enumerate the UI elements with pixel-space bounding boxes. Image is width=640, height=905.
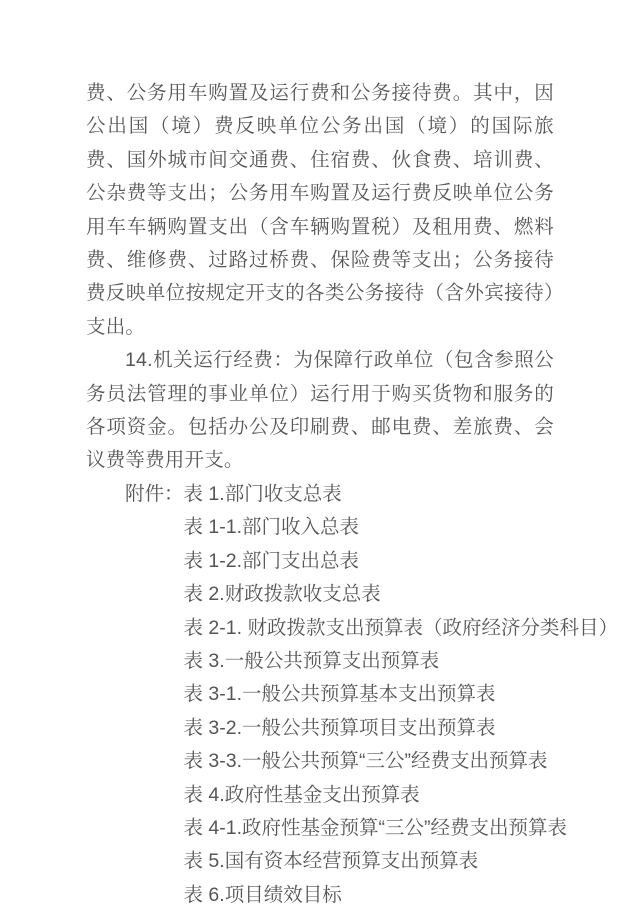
attachment-item-table-4: 表 4.政府性基金支出预算表 (184, 779, 618, 812)
body-paragraph-operating-funds: 14.机关运行经费：为保障行政单位（包含参照公务员法管理的事业单位）运行用于购买… (86, 344, 554, 478)
attachment-item-table-3-1: 表 3-1.一般公共预算基本支出预算表 (184, 678, 618, 711)
document-page: 费、公务用车购置及运行费和公务接待费。其中，因公出国（境）费反映单位公务出国（境… (0, 0, 640, 905)
attachment-item-table-1: 表 1.部门收支总表 (184, 478, 618, 511)
attachment-item-table-2-1: 表 2-1. 财政拨款支出预算表（政府经济分类科目） (184, 612, 618, 645)
attachment-item-table-1-1: 表 1-1.部门收入总表 (184, 511, 618, 544)
attachment-item-table-5: 表 5.国有资本经营预算支出预算表 (184, 845, 618, 878)
attachment-item-table-3: 表 3.一般公共预算支出预算表 (184, 645, 618, 678)
attachments-label: 附件： (125, 478, 184, 511)
attachment-item-table-1-2: 表 1-2.部门支出总表 (184, 545, 618, 578)
attachment-item-table-3-2: 表 3-2.一般公共预算项目支出预算表 (184, 712, 618, 745)
body-paragraph-expense-explanation: 费、公务用车购置及运行费和公务接待费。其中，因公出国（境）费反映单位公务出国（境… (86, 77, 554, 344)
attachment-item-table-6: 表 6.项目绩效目标 (184, 879, 618, 905)
attachment-item-table-2: 表 2.财政拨款收支总表 (184, 578, 618, 611)
attachments-list: 表 1.部门收支总表 表 1-1.部门收入总表 表 1-2.部门支出总表 表 2… (184, 478, 618, 905)
attachment-item-table-4-1: 表 4-1.政府性基金预算“三公”经费支出预算表 (184, 812, 618, 845)
attachments-block: 附件： 表 1.部门收支总表 表 1-1.部门收入总表 表 1-2.部门支出总表… (125, 478, 554, 905)
attachment-item-table-3-3: 表 3-3.一般公共预算“三公”经费支出预算表 (184, 745, 618, 778)
